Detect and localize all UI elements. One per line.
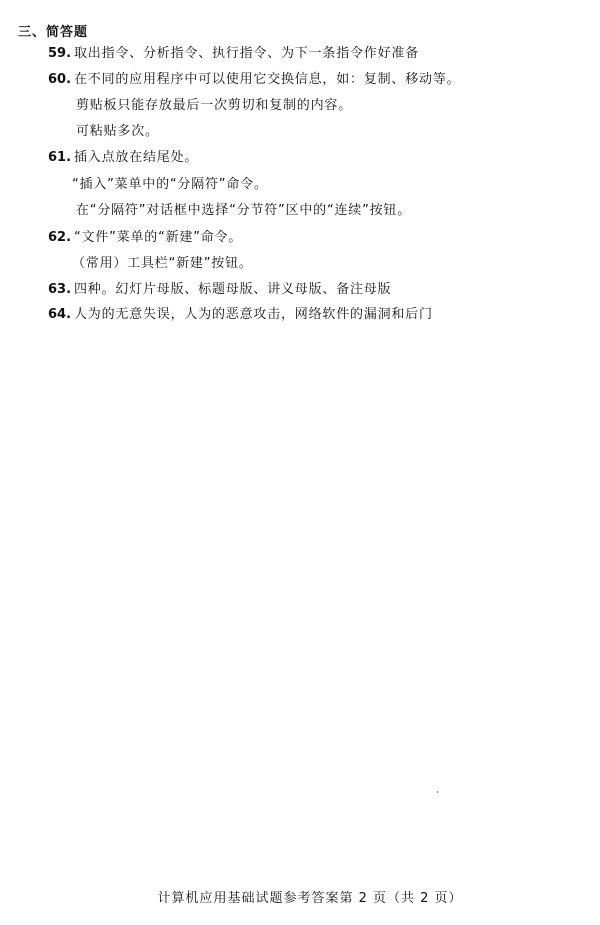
answer-text: 人为的无意失误，人为的恶意攻击，网络软件的漏洞和后门: [74, 307, 433, 322]
section-title: 三、简答题: [18, 21, 88, 40]
answer-64: 64.人为的无意失误，人为的恶意攻击，网络软件的漏洞和后门: [48, 307, 433, 323]
page-footer: 计算机应用基础试题参考答案第 2 页（共 2 页）: [0, 887, 600, 906]
answer-62-line-2: （常用）工具栏“新建”按钮。: [72, 256, 253, 272]
answer-number: 62.: [48, 230, 74, 246]
answer-text: 插入点放在结尾处。: [74, 150, 198, 165]
answer-text: 在不同的应用程序中可以使用它交换信息，如：复制、移动等。: [74, 72, 460, 87]
answer-60-line-3: 可粘贴多次。: [76, 124, 159, 140]
answer-61-line-3: 在“分隔符”对话框中选择“分节符”区中的“连续”按钮。: [76, 203, 411, 219]
answer-number: 59.: [48, 46, 74, 62]
answer-text: 取出指令、分析指令、执行指令、为下一条指令作好准备: [74, 46, 419, 61]
answer-62: 62.“文件”菜单的“新建”命令。: [48, 230, 242, 246]
answer-60-line-2: 剪贴板只能存放最后一次剪切和复制的内容。: [76, 98, 352, 114]
answer-60: 60.在不同的应用程序中可以使用它交换信息，如：复制、移动等。: [48, 72, 460, 88]
answer-63: 63.四种。幻灯片母版、标题母版、讲义母版、备注母版: [48, 282, 391, 298]
answer-number: 64.: [48, 307, 74, 323]
answer-59: 59.取出指令、分析指令、执行指令、为下一条指令作好准备: [48, 46, 419, 62]
answer-61: 61.插入点放在结尾处。: [48, 150, 198, 166]
answer-61-line-2: “插入”菜单中的“分隔符”命令。: [72, 177, 268, 193]
scan-speck: [437, 791, 438, 793]
document-page: 三、简答题 59.取出指令、分析指令、执行指令、为下一条指令作好准备 60.在不…: [0, 0, 600, 925]
answer-number: 60.: [48, 72, 74, 88]
answer-number: 61.: [48, 150, 74, 166]
answer-text: “文件”菜单的“新建”命令。: [74, 230, 242, 245]
answer-text: 四种。幻灯片母版、标题母版、讲义母版、备注母版: [74, 282, 391, 297]
answer-number: 63.: [48, 282, 74, 298]
